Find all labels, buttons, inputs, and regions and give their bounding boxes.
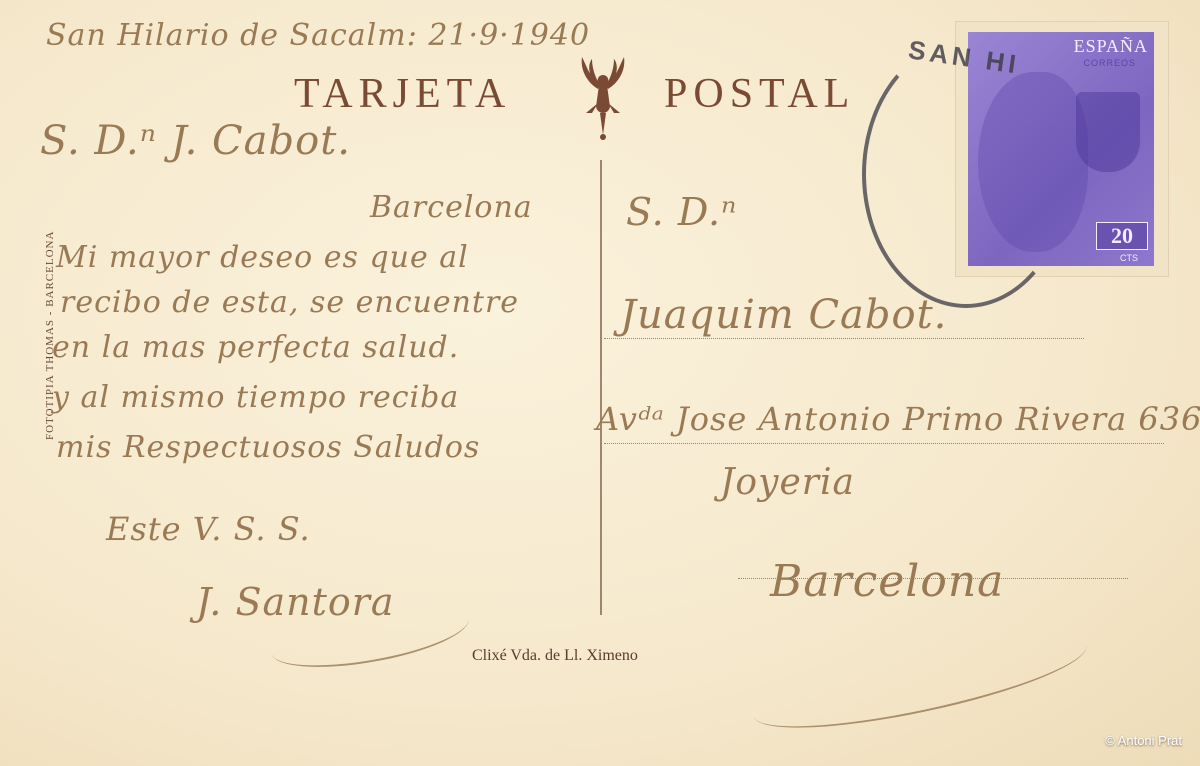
copyright-watermark: © Antoni Prat <box>1105 733 1182 748</box>
eagle-emblem-icon <box>572 55 634 140</box>
dateline: San Hilario de Sacalm: 21·9·1940 <box>46 18 590 53</box>
coat-of-arms-icon <box>1076 92 1140 172</box>
message-line-2: recibo de esta, se encuentre <box>60 285 519 320</box>
address-salutation: S. D.ⁿ <box>626 190 737 234</box>
message-line-4: y al mismo tiempo reciba <box>52 380 459 415</box>
postmark-circle <box>862 40 1070 308</box>
address-street: Avᵈᵃ Jose Antonio Primo Rivera 636 <box>596 400 1200 438</box>
address-line-1 <box>604 338 1084 339</box>
address-name: Juaquim Cabot. <box>620 292 947 338</box>
printer-credit: Clixé Vda. de Ll. Ximeno <box>472 647 638 665</box>
address-business: Joyeria <box>720 462 855 503</box>
address-city: Barcelona <box>770 556 1004 607</box>
title-tarjeta: TARJETA <box>294 70 511 118</box>
salutation: S. D.ⁿ J. Cabot. <box>40 118 351 164</box>
center-divider <box>600 160 602 615</box>
closing: Este V. S. S. <box>106 510 311 548</box>
address-line-2 <box>604 443 1164 444</box>
stamp-country: ESPAÑA <box>1074 36 1148 57</box>
message-line-3: en la mas perfecta salud. <box>52 330 459 365</box>
stamp-value: 20 <box>1096 222 1148 250</box>
city-flourish <box>747 615 1092 746</box>
postcard: San Hilario de Sacalm: 21·9·1940 TARJETA… <box>0 0 1200 766</box>
message-line-5: mis Respectuosos Saludos <box>56 430 480 465</box>
stamp-unit: CTS <box>1120 253 1138 263</box>
message-line-1: Mi mayor deseo es que al <box>56 240 469 275</box>
stamp-service: CORREOS <box>1083 58 1136 68</box>
title-postal: POSTAL <box>664 70 855 118</box>
city-line: Barcelona <box>370 190 533 225</box>
